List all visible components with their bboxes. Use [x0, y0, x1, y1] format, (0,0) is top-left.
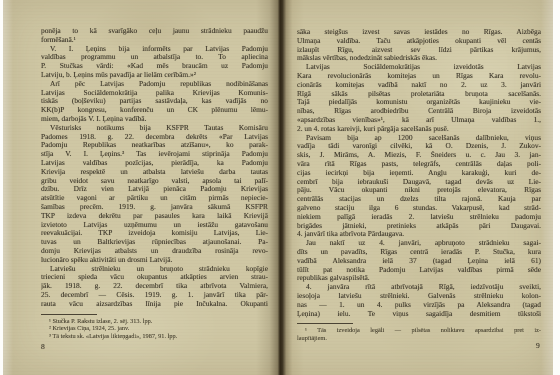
text-line: Latviju, b. Ļeņins mūs pavadīja ar lielā…	[41, 71, 268, 80]
page-right: sāka steigšus izvest savas iestādes no R…	[297, 28, 541, 342]
text-line: Rīgā sākās pilsētas proletariāta bruņota…	[297, 90, 541, 99]
text-line: 4. janvāra rītā atbrīvotajā Rīgā, iedzīv…	[297, 283, 541, 292]
text-line: Ļeņina) ielu. Te viņus sagaidīja desmiti…	[297, 310, 541, 319]
text-line: Latvijas Sociāldemokrātijas izveidotās L…	[297, 63, 541, 72]
text-line: triecieni spieda vācu okupantus atkāptie…	[41, 273, 268, 282]
text-line: dzību. Drīz vien Latvijā pienāca Padomju…	[41, 185, 268, 194]
text-line: centrālās stacijas un dzelzs tilta rajon…	[297, 195, 541, 204]
footnote-line: ³ Tā tekstu sk. «Latvijas likteņgadi», 1…	[41, 333, 268, 341]
text-line: ponēja to kā svarīgāko ceļu jaunu strādn…	[41, 27, 268, 36]
text-line: jāk. 1918. g. 22. decembrī tika atbrīvot…	[41, 282, 268, 291]
text-line: tuvas un Baltkrievijas rūpniecības atjau…	[41, 238, 268, 247]
text-line: nas — 1. un 4. pulks virzījās pa Aleksan…	[297, 301, 541, 310]
page-left-body: ponēja to kā svarīgāko ceļu jaunu strādn…	[41, 27, 268, 309]
text-line: Latviešu strēlnieku un bruņoto strādniek…	[41, 265, 268, 274]
text-line: Latvijas Sociāldemokrātija palika Krievi…	[41, 89, 268, 98]
text-line: Krievija respektē un atbalsta latviešu d…	[41, 168, 268, 177]
text-line: iesoļoja latviešu strēlnieki. Galvenās s…	[297, 292, 541, 301]
text-line: Vēsturisks notikums bija KSFPR Tautas Ko…	[41, 124, 268, 133]
text-line: Padomes 1918. g. 22. decembra dekrēts «P…	[41, 133, 268, 142]
text-line: Arī pēc Latvijas Padomju republikas nodi…	[41, 80, 268, 89]
text-line: sāka steigšus izvest savas iestādes no R…	[297, 28, 541, 37]
page-number: 9	[536, 341, 540, 350]
text-line: Tajā piedalījās komunistu organizētās ka…	[297, 98, 541, 107]
footnote-separator	[297, 323, 353, 324]
text-line: šamības precēm. 1919. g. janvāra sākumā …	[41, 203, 268, 212]
page-number: 8	[41, 342, 45, 351]
text-line: 4. janvārī tika atbrīvota Pārdaugava.	[297, 230, 541, 239]
text-line: atsūtītie vagoni ar pārtiku un citām pir…	[41, 194, 268, 203]
footnote-line: ¹ Tās izveidoja legāli — pilsētas nolikt…	[297, 327, 541, 335]
text-line: Jau naktī uz 4. janvāri, apbruņoto strād…	[297, 239, 541, 248]
text-line: lucionāro spēku aktivitāti un drosmi Lat…	[41, 256, 268, 265]
text-line: pāju. Vācu okupanti nikni pretojās eleva…	[297, 186, 541, 195]
text-line: Padomju Republikas neatkarības atzīšanu»…	[41, 141, 268, 150]
text-line: P. Stučkas vārdi: «Kad mēs braucām uz Pa…	[41, 62, 268, 71]
text-line: 2. un 4. rotas kareivji, kuri pārgāja sa…	[297, 125, 541, 134]
text-line: izlaupīt Rīgu, aizvest sev līdzi pārtika…	[297, 46, 541, 55]
text-line: niekiem palīgā ieradās 2. latviešu strēl…	[297, 213, 541, 222]
text-line: Pavisam bija ap 1200 sacelšanās dalībnie…	[297, 134, 541, 143]
text-line: vadīja tādi varonīgi cilvēki, kā O. Dzen…	[297, 142, 541, 151]
text-line: skis, J. Mirāms, A. Miezis, F. Šneiders …	[297, 151, 541, 160]
footnote-separator	[41, 314, 97, 315]
text-line: izvietoto Latvijas uzņēmumu un iestāžu g…	[41, 221, 268, 230]
text-line: Latvijas valdības pozīcijas, pierādīja, …	[41, 159, 268, 168]
text-line: dīts un pavadīts, Rīgas centrā ieradās P…	[297, 248, 541, 257]
text-line: tiskās (boļševiku) partijas sastāvdaļa, …	[41, 97, 268, 106]
text-line: gribu veidot savu neatkarīgo valsti, aps…	[41, 177, 268, 186]
text-line: valdības programmu un atbalstīja to. To …	[41, 53, 268, 62]
text-line: cembrī bija iebraukuši Daugavā, tagad de…	[297, 178, 541, 187]
page-right-footnotes: ¹ Tās izveidoja legāli — pilsētas nolikt…	[297, 327, 541, 342]
footnote-line: laupītājiem.	[297, 335, 541, 343]
scan-edge-left	[0, 0, 3, 375]
page-left-footnotes: ¹ Stučka P. Rakstu izlase, 2. sēj. 313. …	[41, 318, 268, 341]
text-line: 25. decembrī — Cēsis. 1919. g. 1. janvār…	[41, 291, 268, 300]
text-line: tūlīt pat notika Padomju Latvijas valdīb…	[297, 266, 541, 275]
text-line: mākslas vērtības, nodedzināt sabiedriskā…	[297, 54, 541, 63]
text-line: domju Krievijas atbalsts un draudzība ro…	[41, 247, 268, 256]
text-line: galveno staciju ilga 6 stundas. Vakarpus…	[297, 204, 541, 213]
page-right-body: sāka steigšus izvest savas iestādes no R…	[297, 28, 541, 318]
footnote-line: ² Krievijas Cīņa, 1924, 25. janv.	[41, 325, 268, 333]
text-line: Kara revolucionārās komitejas un Rīgas K…	[297, 72, 541, 81]
text-line: stīja V. I. Ļeņins.³ Tas ievērojami stip…	[41, 150, 268, 159]
scan-edge-right	[553, 0, 560, 375]
text-line: cionārās komitejas vadībā naktī no 2. uz…	[297, 81, 541, 90]
text-line: TKP izdeva dekrētu par pasaules kara lai…	[41, 212, 268, 221]
text-line: rauta vācu aizsardzības līnija pie Inčuk…	[41, 300, 268, 309]
text-line: vadībā Aleksandra ielā 37 (tagad Ļeņina …	[297, 257, 541, 266]
text-line: KK(b)P kongresu, konferenču un CK plēnum…	[41, 106, 268, 115]
text-line: V. I. Ļeņins bija informēts par Latvijas…	[41, 45, 268, 54]
text-line: Ulmaņa valdība. Taču atkāpjoties okupant…	[297, 37, 541, 46]
text-line: reevakuācijai. TKP izveidoja komisiju La…	[41, 229, 268, 238]
book-gutter	[256, 0, 304, 375]
footnote-line: ¹ Stučka P. Rakstu izlase, 2. sēj. 313. …	[41, 318, 268, 326]
text-line: cijas iecirkņi bija ieņemti. Angļu karak…	[297, 169, 541, 178]
text-line: «apsardzības vienības»¹, kā arī Ulmaņa v…	[297, 116, 541, 125]
text-line: nības, Rīgas arodbiedrību Centrālā Biroj…	[297, 107, 541, 116]
text-line: vāra rītā Rīgas pasts, telegrāfs, centrā…	[297, 160, 541, 169]
text-line: formēšanā.¹	[41, 36, 268, 45]
page-left: ponēja to kā svarīgāko ceļu jaunu strādn…	[41, 27, 268, 340]
text-line: republikas galvaspilsētā.	[297, 274, 541, 283]
text-line: brigādes jātnieki, pretinieks atkāpās pā…	[297, 222, 541, 231]
text-line: miem, darbojās V. I. Ļeņina vadībā.	[41, 115, 268, 124]
